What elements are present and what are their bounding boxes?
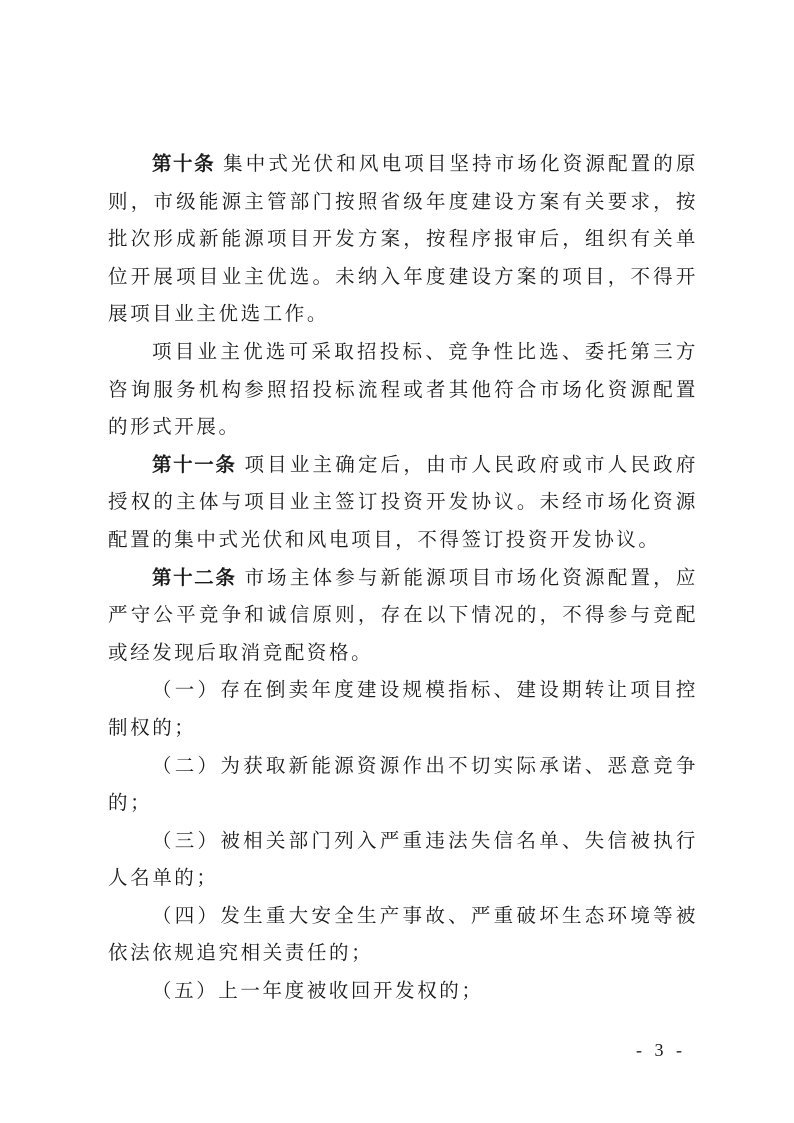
list-item-5: （五）上一年度被收回开发权的；	[108, 972, 698, 1010]
article-number: 第十二条	[152, 566, 236, 589]
paragraph-text: （一）存在倒卖年度建设规模指标、建设期转让项目控制权的；	[108, 678, 698, 739]
article-number: 第十一条	[152, 453, 236, 476]
paragraph-text: （四）发生重大安全生产事故、严重破坏生态环境等被依法依规追究相关责任的；	[108, 904, 698, 965]
page-number: - 3 -	[636, 1040, 686, 1061]
paragraph-text: （二）为获取新能源资源作出不切实际承诺、恶意竞争的；	[108, 754, 698, 815]
paragraph-text: 集中式光伏和风电项目坚持市场化资源配置的原则，市级能源主管部门按照省级年度建设方…	[108, 152, 698, 325]
list-item-4: （四）发生重大安全生产事故、严重破坏生态环境等被依法依规追究相关责任的；	[108, 897, 698, 972]
paragraph-article-10: 第十条集中式光伏和风电项目坚持市场化资源配置的原则，市级能源主管部门按照省级年度…	[108, 145, 698, 333]
list-item-2: （二）为获取新能源资源作出不切实际承诺、恶意竞争的；	[108, 747, 698, 822]
paragraph-text: （三）被相关部门列入严重违法失信名单、失信被执行人名单的；	[108, 829, 698, 890]
document-body: 第十条集中式光伏和风电项目坚持市场化资源配置的原则，市级能源主管部门按照省级年度…	[108, 145, 698, 1010]
article-number: 第十条	[152, 152, 215, 175]
list-item-3: （三）被相关部门列入严重违法失信名单、失信被执行人名单的；	[108, 822, 698, 897]
paragraph-text: （五）上一年度被收回开发权的；	[152, 979, 484, 1002]
paragraph-article-12: 第十二条市场主体参与新能源项目市场化资源配置，应严守公平竞争和诚信原则，存在以下…	[108, 559, 698, 672]
paragraph-text: 项目业主优选可采取招投标、竞争性比选、委托第三方咨询服务机构参照招投标流程或者其…	[108, 340, 698, 438]
list-item-1: （一）存在倒卖年度建设规模指标、建设期转让项目控制权的；	[108, 671, 698, 746]
paragraph-article-11: 第十一条项目业主确定后，由市人民政府或市人民政府授权的主体与项目业主签订投资开发…	[108, 446, 698, 559]
document-page: 第十条集中式光伏和风电项目坚持市场化资源配置的原则，市级能源主管部门按照省级年度…	[0, 0, 794, 1123]
paragraph-selection-methods: 项目业主优选可采取招投标、竞争性比选、委托第三方咨询服务机构参照招投标流程或者其…	[108, 333, 698, 446]
